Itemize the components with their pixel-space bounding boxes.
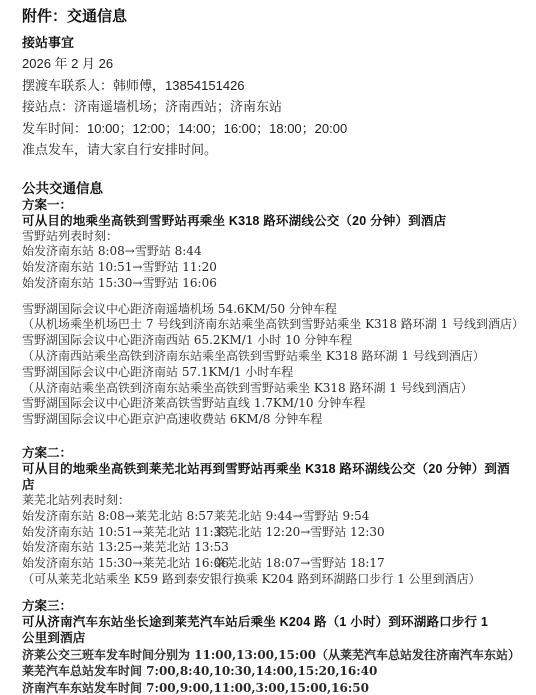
- plan2-summary: 可从目的地乘坐高铁到莱芜北站再到雪野站再乘坐 K318 路环湖线公交（20 分钟…: [22, 461, 514, 493]
- plan2-note: （可从莱芜北站乘坐 K59 路到泰安银行换乘 K204 路到环湖路口步行 1 公…: [22, 572, 514, 588]
- plan1-timetable-title: 雪野站列表时刻：: [22, 229, 514, 245]
- distance-line: 雪野湖国际会议中心距济南站 57.1KM/1 小时车程: [22, 365, 514, 381]
- timetable-cell-left: 始发济南东站 8:08→莱芜北站 8:57: [22, 509, 210, 525]
- plan2-label: 方案二：: [22, 445, 514, 461]
- plan3-schedule-line: 莱芜汽车总站发车时间 7:00,8:40,10:30,14:00,15:20,1…: [22, 663, 514, 680]
- pickup-note: 准点发车，请大家自行安排时间。: [22, 139, 514, 161]
- timetable-row: 始发济南东站 13:25→莱芜北站 13:53: [22, 540, 514, 556]
- timetable-row: 始发济南东站 15:30→雪野站 16:06: [22, 276, 514, 292]
- plan1-label: 方案一：: [22, 197, 514, 213]
- plan1-distances: 雪野湖国际会议中心距济南遥墙机场 54.6KM/50 分钟车程 （从机场乘坐机场…: [22, 302, 514, 428]
- timetable-cell-right: 莱芜北站 18:07→雪野站 18:17: [214, 556, 385, 570]
- plan3-summary: 可从济南汽车东站坐长途到莱芜汽车站后乘坐 K204 路（1 小时）到环湖路口步行…: [22, 614, 492, 647]
- timetable-cell-left: 始发济南东站 13:25→莱芜北站 13:53: [22, 540, 210, 556]
- timetable-cell-left: 始发济南东站 15:30→莱芜北站 16:06: [22, 556, 210, 572]
- plan3-section: 方案三： 可从济南汽车东站坐长途到莱芜汽车站后乘坐 K204 路（1 小时）到环…: [22, 598, 514, 695]
- public-transport-heading: 公共交通信息: [22, 180, 514, 197]
- distance-line: （从济南站乘坐高铁到济南东站乘坐高铁到雪野站乘坐 K318 路环湖 1 号线到酒…: [22, 381, 514, 397]
- timetable-row: 始发济南东站 8:08→雪野站 8:44: [22, 244, 514, 260]
- plan2-timetable-title: 莱芜北站列表时刻：: [22, 493, 514, 509]
- plan1-section: 方案一： 可从目的地乘坐高铁到雪野站再乘坐 K318 路环湖线公交（20 分钟）…: [22, 197, 514, 429]
- plan1-summary: 可从目的地乘坐高铁到雪野站再乘坐 K318 路环湖线公交（20 分钟）到酒店: [22, 213, 514, 229]
- distance-line: 雪野湖国际会议中心距京沪高速收费站 6KM/8 分钟车程: [22, 412, 514, 428]
- pickup-heading: 接站事宜: [22, 32, 514, 53]
- pickup-date: 2026 年 2 月 26: [22, 53, 514, 75]
- timetable-row: 始发济南东站 15:30→莱芜北站 16:06 莱芜北站 18:07→雪野站 1…: [22, 556, 514, 572]
- distance-line: 雪野湖国际会议中心距济南遥墙机场 54.6KM/50 分钟车程: [22, 302, 514, 318]
- plan2-section: 方案二： 可从目的地乘坐高铁到莱芜北站再到雪野站再乘坐 K318 路环湖线公交（…: [22, 445, 514, 588]
- timetable-cell-right: 莱芜北站 12:20→雪野站 12:30: [214, 525, 385, 539]
- plan3-schedule-line: 济南汽车东站发车时间 7:00,9:00,11:00,3:00,15:00,16…: [22, 680, 514, 695]
- distance-line: （从济南西站乘坐高铁到济南东站乘坐高铁到雪野站乘坐 K318 路环湖 1 号线到…: [22, 349, 514, 365]
- pickup-section: 接站事宜 2026 年 2 月 26 摆渡车联系人：韩师傅，1385415142…: [22, 32, 514, 161]
- timetable-cell-right: 莱芜北站 9:44→雪野站 9:54: [214, 509, 370, 523]
- plan3-schedule-line: 济莱公交三班车发车时间分别为 11:00,13:00,15:00（从莱芜汽车总站…: [22, 647, 514, 664]
- timetable-row: 始发济南东站 10:51→莱芜北站 11:33 莱芜北站 12:20→雪野站 1…: [22, 525, 514, 541]
- timetable-row: 始发济南东站 10:51→雪野站 11:20: [22, 260, 514, 276]
- pickup-contact: 摆渡车联系人：韩师傅，13854151426: [22, 75, 514, 97]
- pickup-points: 接站点：济南遥墙机场；济南西站；济南东站: [22, 96, 514, 118]
- timetable-cell-left: 始发济南东站 10:51→莱芜北站 11:33: [22, 525, 210, 541]
- doc-title: 附件：交通信息: [22, 6, 514, 28]
- distance-line: 雪野湖国际会议中心距济南西站 65.2KM/1 小时 10 分钟车程: [22, 333, 514, 349]
- distance-line: （从机场乘坐机场巴士 7 号线到济南东站乘坐高铁到雪野站乘坐 K318 路环湖 …: [22, 317, 514, 333]
- distance-line: 雪野湖国际会议中心距济莱高铁雪野站直线 1.7KM/10 分钟车程: [22, 396, 514, 412]
- pickup-departure-times: 发车时间：10:00；12:00；14:00；16:00；18:00；20:00: [22, 118, 514, 140]
- document-page: 附件：交通信息 接站事宜 2026 年 2 月 26 摆渡车联系人：韩师傅，13…: [0, 0, 536, 695]
- plan3-label: 方案三：: [22, 598, 514, 614]
- timetable-row: 始发济南东站 8:08→莱芜北站 8:57 莱芜北站 9:44→雪野站 9:54: [22, 509, 514, 525]
